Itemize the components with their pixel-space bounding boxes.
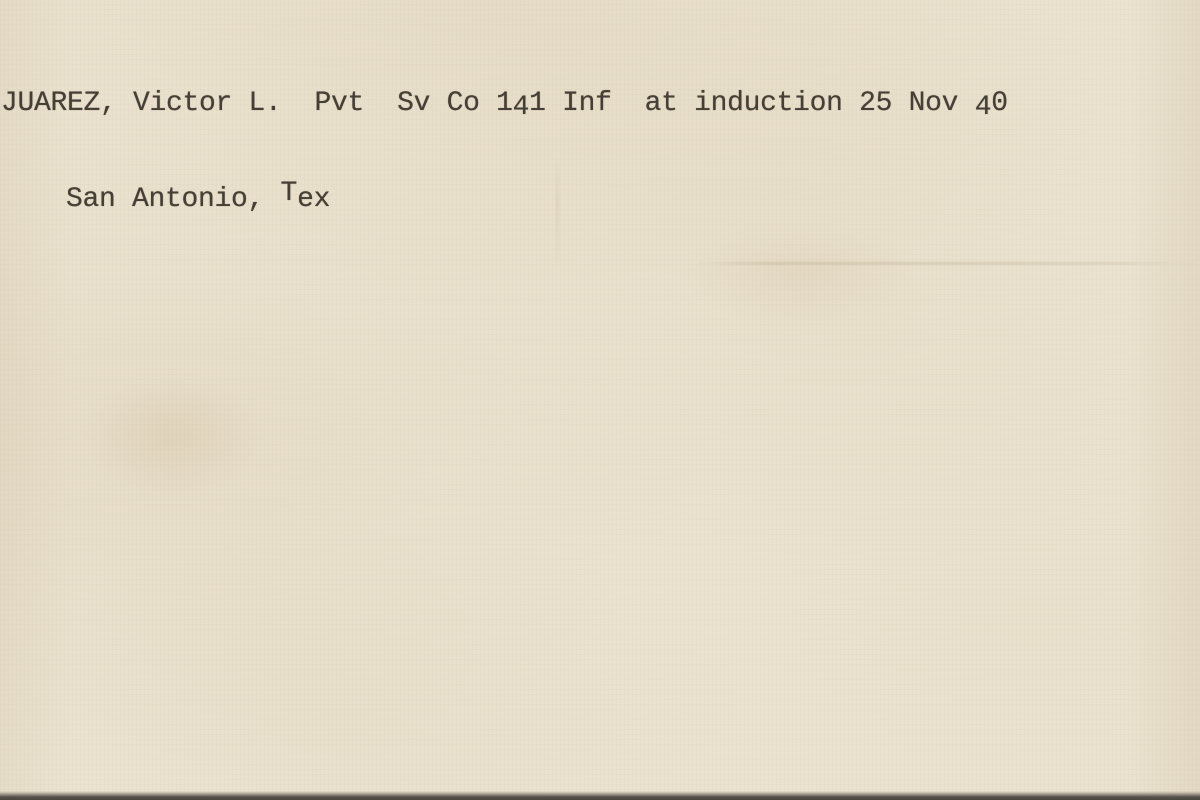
- typed-text-segment: San Antonio,: [66, 184, 281, 215]
- typed-text-segment: ex: [297, 184, 330, 215]
- typed-text-block: JUAREZ, Victor L. Pvt Sv Co 141 Inf at i…: [1, 24, 1008, 280]
- paper-stain: [88, 378, 258, 493]
- typed-text-segment: 4: [975, 92, 992, 124]
- typed-line-location: San Antonio, Tex: [1, 184, 1008, 216]
- scan-bottom-edge: [0, 791, 1200, 800]
- typed-text-segment: 1 Inf at induction 25 Nov: [529, 88, 975, 119]
- typed-text-segment: T: [281, 178, 298, 210]
- typed-text-segment: 4: [513, 92, 530, 124]
- typed-text-segment: JUAREZ, Victor L. Pvt Sv Co 1: [1, 88, 513, 119]
- typed-line-soldier-record: JUAREZ, Victor L. Pvt Sv Co 141 Inf at i…: [1, 88, 1008, 120]
- typed-text-segment: 0: [991, 88, 1008, 119]
- scanned-index-card: JUAREZ, Victor L. Pvt Sv Co 141 Inf at i…: [0, 0, 1200, 800]
